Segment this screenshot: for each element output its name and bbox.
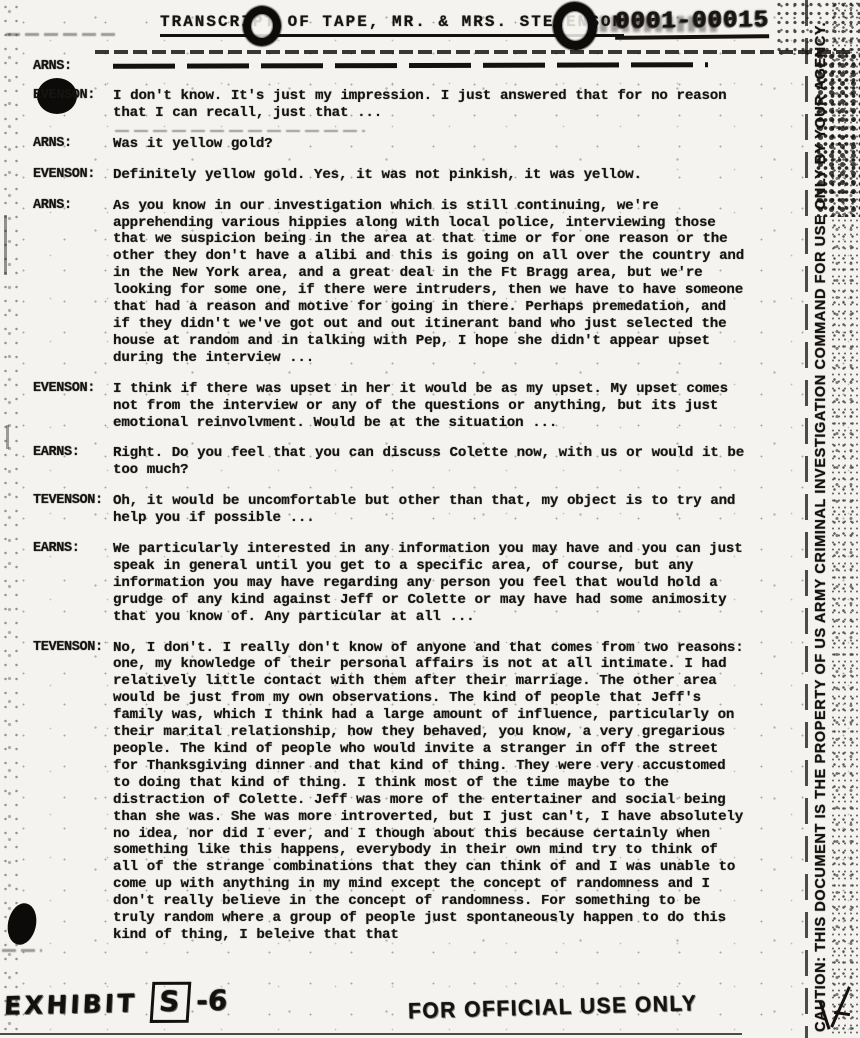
transcript-entry: ARNS: As you know in our investigation w… [0, 198, 755, 367]
exhibit-number: -6 [195, 984, 228, 1018]
speaker-label: EVENSON: [0, 381, 113, 432]
punch-hole-ring-right [551, 0, 600, 52]
transcript-entry: EARNS: We particularly interested in any… [0, 541, 755, 626]
for-official-use-only-stamp: FOR OFFICIAL USE ONLY [408, 991, 698, 1024]
speaker-label: EVENSON: [0, 88, 113, 122]
corner-pen-scribble [834, 1011, 850, 1016]
speaker-label: ARNS: [0, 59, 113, 74]
speaker-label: TEVENSON: [0, 640, 113, 944]
right-edge-noise [830, 0, 860, 1038]
transcript-entry: EVENSON: Definitely yellow gold. Yes, it… [0, 167, 755, 184]
corner-pen-scribble [830, 986, 851, 1027]
exhibit-handwritten-label: EXHIBITS-6 [3, 981, 228, 1027]
document-number: 0001-00015 [615, 7, 769, 40]
right-vertical-rule [805, 0, 808, 1038]
dialogue-text: Oh, it would be uncomfortable but other … [113, 493, 745, 527]
dialogue-text: Right. Do you feel that you can discuss … [113, 445, 745, 479]
struck-line [113, 62, 708, 69]
exhibit-letter-box: S [150, 982, 192, 1023]
dialogue-text: I don't know. It's just my impression. I… [113, 88, 745, 122]
dialogue-text: As you know in our investigation which i… [113, 198, 745, 367]
dialogue-text: I think if there was upset in her it wou… [113, 381, 745, 432]
transcript-entry: TEVENSON: No, I don't. I really don't kn… [0, 640, 755, 944]
dialogue-text: Definitely yellow gold. Yes, it was not … [113, 167, 745, 184]
dialogue-text: No, I don't. I really don't know of anyo… [113, 640, 745, 944]
transcript-entry: TEVENSON: Oh, it would be uncomfortable … [0, 493, 755, 527]
transcript-entry: ARNS: Was it yellow gold? [0, 136, 755, 153]
speaker-label: ARNS: [0, 198, 113, 367]
smudge-mark [6, 33, 116, 36]
speaker-label: ARNS: [0, 136, 113, 153]
speaker-label: EARNS: [0, 541, 113, 626]
bottom-scan-edge-line [0, 1033, 742, 1035]
transcript-entry: EVENSON: I don't know. It's just my impr… [0, 88, 755, 122]
transcript-entry: EARNS: Right. Do you feel that you can d… [0, 445, 755, 479]
punch-hole-ring-left [240, 4, 283, 49]
caution-stamp-vertical: CAUTION: THIS DOCUMENT IS THE PROPERTY O… [813, 6, 829, 1032]
smudge-line-header [95, 50, 855, 54]
exhibit-word: EXHIBIT [3, 989, 137, 1021]
scanned-document-page: TRANSCRIPT OF TAPE, MR. & MRS. STEVENSON… [0, 0, 860, 1038]
dialogue-text: We particularly interested in any inform… [113, 541, 745, 626]
transcript-body: ARNS: EVENSON: I don't know. It's just m… [0, 59, 755, 958]
transcript-entry: ARNS: [0, 59, 755, 74]
speaker-label: EVENSON: [0, 167, 113, 184]
transcript-entry: EVENSON: I think if there was upset in h… [0, 381, 755, 432]
dialogue-text: Was it yellow gold? [113, 136, 745, 153]
speaker-label: EARNS: [0, 445, 113, 479]
speaker-label: TEVENSON: [0, 493, 113, 527]
